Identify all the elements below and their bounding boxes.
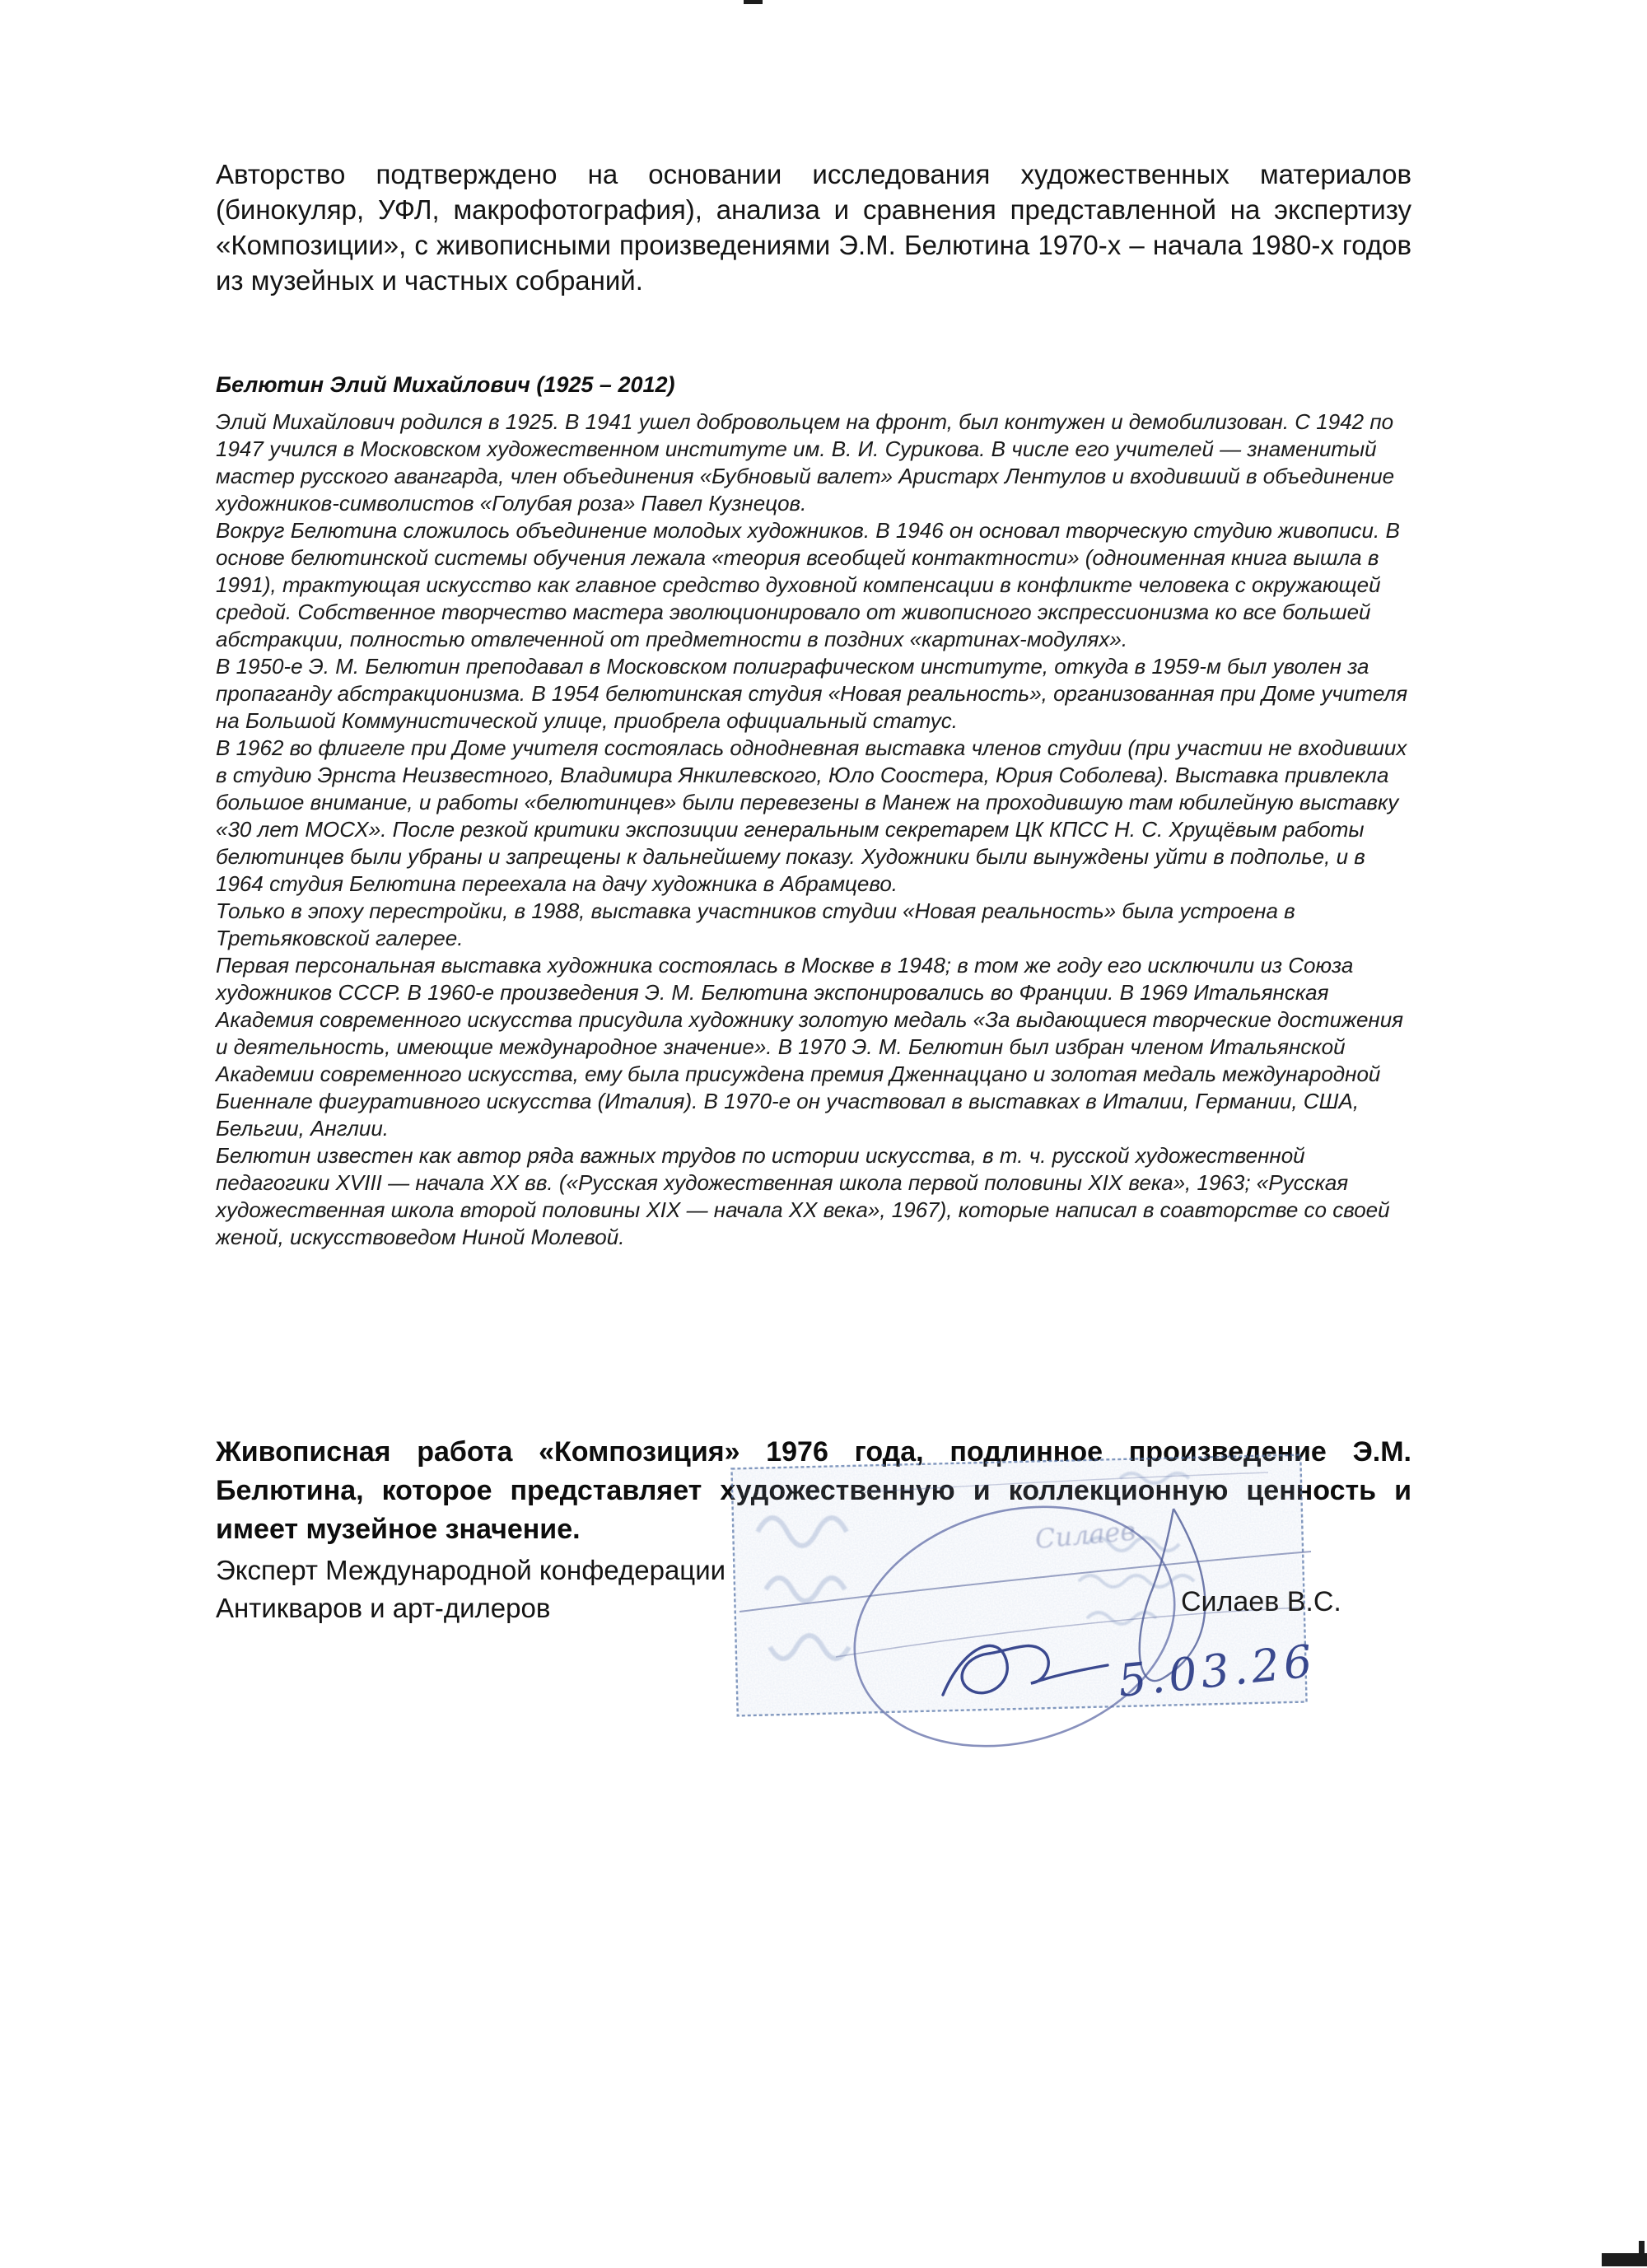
bio-paragraph: В 1962 во флигеле при Доме учителя состо… (216, 735, 1415, 898)
signer-name: Силаев В.С. (1181, 1586, 1341, 1618)
bio-section: Элий Михайлович родился в 1925. В 1941 у… (216, 408, 1415, 1251)
bio-paragraph: Элий Михайлович родился в 1925. В 1941 у… (216, 408, 1415, 517)
scan-artifact-bottom-right-nub (1639, 2241, 1645, 2257)
bio-heading: Белютин Элий Михайлович (1925 – 2012) (216, 372, 1411, 398)
bio-paragraph: Белютин известен как автор ряда важных т… (216, 1142, 1415, 1251)
scan-artifact-top (744, 0, 763, 4)
bio-paragraph: Только в эпоху перестройки, в 1988, выст… (216, 898, 1415, 952)
bio-paragraph: Первая персональная выставка художника с… (216, 952, 1415, 1142)
intro-paragraph: Авторство подтверждено на основании иссл… (216, 156, 1411, 298)
bio-paragraph: В 1950-е Э. М. Белютин преподавал в Моск… (216, 653, 1415, 735)
scanned-document-page: { "document": { "intro": "Авторство подт… (0, 0, 1647, 2268)
bio-paragraph: Вокруг Белютина сложилось объединение мо… (216, 517, 1415, 653)
